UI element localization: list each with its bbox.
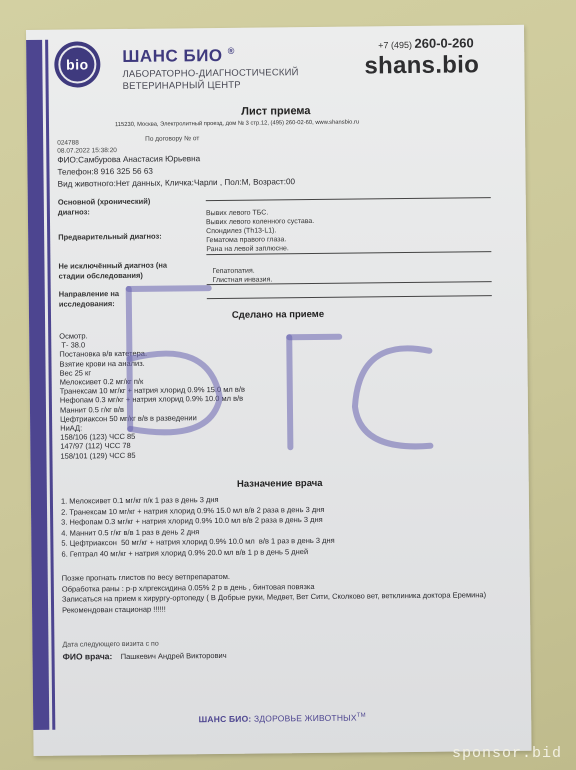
referral-label: Направление на исследования: xyxy=(59,289,159,310)
prescription-title: Назначение врача xyxy=(31,476,529,492)
clinic-address: 115230, Москва, Электролитный проезд, до… xyxy=(115,120,359,129)
procedure-item: Нефопам 0.3 мг/кг + натрия хлорид 0.9% 1… xyxy=(60,394,245,405)
prescription-list: 1. Мелоксивет 0.1 мг/кг п/к 1 раз в день… xyxy=(61,494,335,560)
doctor-line: ФИО врача: Пашкевич Андрей Викторович xyxy=(63,650,227,662)
phone-prefix: +7 (495) xyxy=(378,40,412,50)
phone-number: 260-0-260 xyxy=(414,35,473,51)
visit-datetime: 08.07.2022 15:38:20 xyxy=(57,147,117,155)
brand-subtitle-line2: ВЕТЕРИНАРНЫЙ ЦЕНТР xyxy=(123,79,299,93)
footer-brand: ШАНС БИО: ЗДОРОВЬЕ ЖИВОТНЫХTM xyxy=(33,711,531,726)
owner-name: ФИО:Самбурова Анастасия Юрьевна xyxy=(57,154,200,164)
footer-brand-bold: ШАНС БИО: xyxy=(199,714,252,725)
owner-phone: Телефон:8 916 325 56 63 xyxy=(57,167,153,177)
document-sheet: ШАНС БИО: ЗДОРОВЬЕ ЖИВОТНЫХ™ bio ШАНС БИ… xyxy=(26,25,532,756)
record-number: 024788 xyxy=(57,139,79,146)
logo-text: bio xyxy=(58,45,96,83)
watermark-text: sponsor.bid xyxy=(452,745,562,762)
referral-line xyxy=(207,295,492,299)
brand-name-text: ШАНС БИО xyxy=(122,46,223,66)
chronic-diagnosis-label: Основной (хронический) диагноз: xyxy=(58,196,178,217)
doctor-name: Пашкевич Андрей Викторович xyxy=(121,651,227,661)
registered-mark: ® xyxy=(228,46,235,56)
bio-logo-icon: bio xyxy=(54,41,100,87)
footer-brand-rest: ЗДОРОВЬЕ ЖИВОТНЫХ xyxy=(251,713,356,724)
website: shans.bio xyxy=(364,51,479,80)
brand-subtitle: ЛАБОРАТОРНО-ДИАГНОСТИЧЕСКИЙ ВЕТЕРИНАРНЫЙ… xyxy=(122,67,298,93)
prescription-item: 6. Гептрал 40 мг/кг + натрия хлорид 0.9%… xyxy=(61,546,334,559)
document-title: Лист приема xyxy=(27,103,525,120)
next-visit: Дата следующего визита с по xyxy=(62,641,158,649)
doctor-label: ФИО врача: xyxy=(63,651,113,662)
trademark-mark: TM xyxy=(357,713,366,719)
preliminary-diagnosis-label: Предварительный диагноз: xyxy=(58,232,162,243)
procedure-item: 158/101 (129) ЧСС 85 xyxy=(60,449,245,460)
not-excluded-diagnosis-list: Гепатопатия. Глистная инвазия. xyxy=(212,266,272,285)
done-at-visit-list: Осмотр. Т- 38.0 Постановка в/в катетера.… xyxy=(59,330,245,461)
prescription-notes: Позже прогнать глистов по весу ветпрепар… xyxy=(62,569,492,616)
not-excluded-diagnosis-label: Не исключённый диагноз (на стадии обслед… xyxy=(58,260,188,281)
brand-name: ШАНС БИО ® xyxy=(122,46,235,67)
contract-info: По договору № от xyxy=(145,135,199,143)
header-phone: +7 (495) 260-0-260 xyxy=(378,35,474,51)
preliminary-diagnosis-list: Вывих левого ТБС. Вывих левого коленного… xyxy=(206,208,315,254)
animal-info: Вид животного:Нет данных, Кличка:Чарли ,… xyxy=(58,177,296,188)
brand-subtitle-line1: ЛАБОРАТОРНО-ДИАГНОСТИЧЕСКИЙ xyxy=(122,67,298,81)
chronic-diagnosis-line xyxy=(206,197,491,201)
